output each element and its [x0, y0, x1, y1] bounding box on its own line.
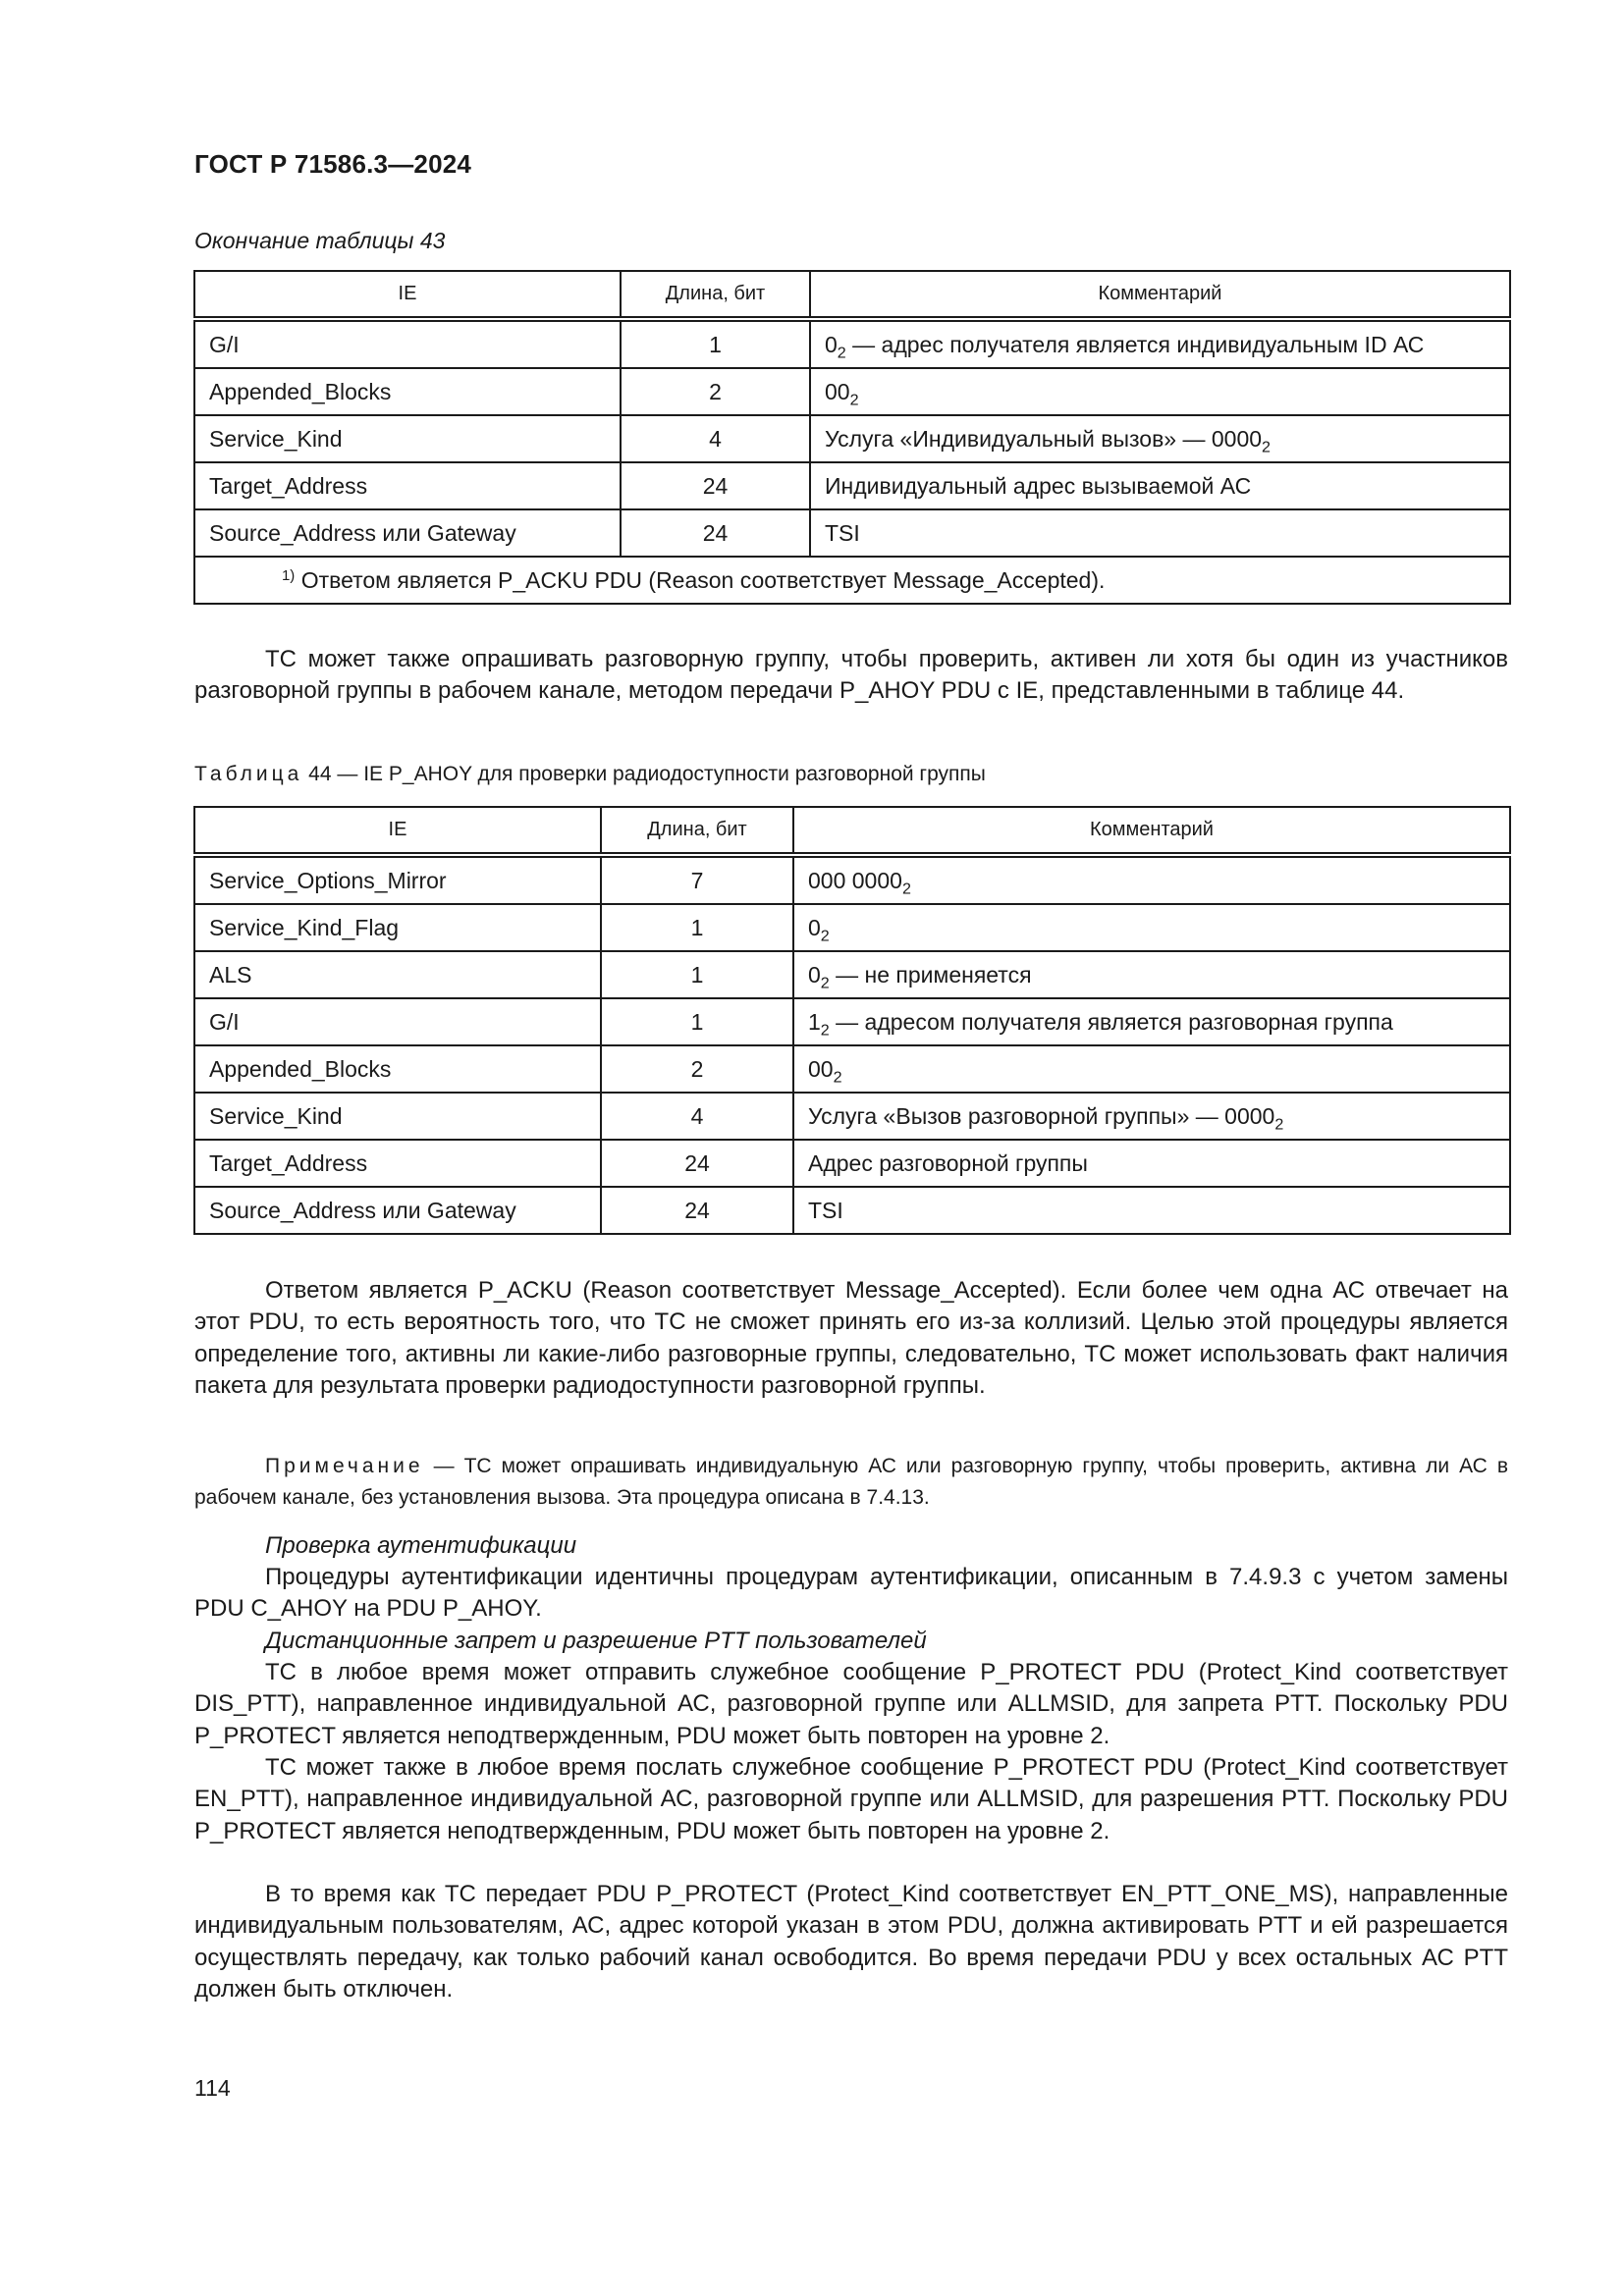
paragraph-auth: Процедуры аутентификации идентичны проце…	[194, 1562, 1508, 1626]
cell-ie: G/I	[194, 998, 601, 1045]
comment-text: Адрес разговорной группы	[808, 1150, 1088, 1176]
comment-text: 0	[808, 915, 821, 940]
cell-comment: 000 00002	[793, 855, 1510, 904]
table-row: G/I102 — адрес получателя является индив…	[194, 319, 1510, 368]
column-header-comment: Комментарий	[810, 271, 1510, 319]
cell-length: 2	[601, 1045, 793, 1093]
cell-comment: 02	[793, 904, 1510, 951]
table-row: G/I112 — адресом получателя является раз…	[194, 998, 1510, 1045]
comment-text: Услуга «Индивидуальный вызов» — 0000	[825, 426, 1262, 452]
cell-ie: Service_Options_Mirror	[194, 855, 601, 904]
cell-ie: Appended_Blocks	[194, 1045, 601, 1093]
table-row: Service_Options_Mirror7000 00002	[194, 855, 1510, 904]
heading-ptt: Дистанционные запрет и разрешение PTT по…	[194, 1626, 1508, 1657]
table-footnote: 1) Ответом является P_ACKU PDU (Reason с…	[194, 557, 1510, 604]
cell-length: 24	[621, 462, 810, 509]
cell-length: 4	[601, 1093, 793, 1140]
binary-subscript: 2	[850, 391, 859, 408]
cell-ie: ALS	[194, 951, 601, 998]
comment-text: Услуга «Вызов разговорной группы» — 0000	[808, 1103, 1274, 1129]
table-row: Service_Kind4Услуга «Индивидуальный вызо…	[194, 415, 1510, 462]
section-heading: Дистанционные запрет и разрешение PTT по…	[265, 1628, 927, 1654]
cell-length: 4	[621, 415, 810, 462]
comment-text: Индивидуальный адрес вызываемой АС	[825, 473, 1251, 499]
table-44: IE Длина, бит Комментарий Service_Option…	[193, 806, 1511, 1235]
cell-comment: 002	[793, 1045, 1510, 1093]
paragraph-text: Ответом является P_ACKU (Reason соответс…	[194, 1277, 1508, 1399]
table-header-row: IE Длина, бит Комментарий	[194, 271, 1510, 319]
table-row: Target_Address24Адрес разговорной группы	[194, 1140, 1510, 1187]
table-row: Service_Kind4Услуга «Вызов разговорной г…	[194, 1093, 1510, 1140]
binary-subscript: 2	[902, 880, 911, 897]
cell-length: 1	[621, 319, 810, 368]
table-header-row: IE Длина, бит Комментарий	[194, 807, 1510, 855]
standard-id-header: ГОСТ Р 71586.3—2024	[194, 149, 471, 180]
comment-text: 00	[825, 379, 850, 404]
cell-length: 24	[601, 1140, 793, 1187]
cell-comment: TSI	[810, 509, 1510, 557]
note: Примечание — ТС может опрашивать индивид…	[194, 1451, 1508, 1514]
paragraph-ptt-one-ms: В то время как ТС передает PDU P_PROTECT…	[194, 1879, 1508, 2005]
cell-ie: Source_Address или Gateway	[194, 509, 621, 557]
cell-length: 7	[601, 855, 793, 904]
table-footnote-row: 1) Ответом является P_ACKU PDU (Reason с…	[194, 557, 1510, 604]
heading-auth: Проверка аутентификации	[194, 1530, 1508, 1562]
paragraph-ptt-disable: ТС в любое время может отправить служебн…	[194, 1657, 1508, 1752]
cell-comment: 02 — адрес получателя является индивидуа…	[810, 319, 1510, 368]
paragraph-ptt-enable: ТС может также в любое время послать слу…	[194, 1752, 1508, 1847]
table-row: ALS102 — не применяется	[194, 951, 1510, 998]
cell-comment: 12 — адресом получателя является разгово…	[793, 998, 1510, 1045]
cell-ie: Source_Address или Gateway	[194, 1187, 601, 1234]
column-header-length: Длина, бит	[621, 271, 810, 319]
column-header-length: Длина, бит	[601, 807, 793, 855]
comment-text-rest: — адресом получателя является разговорна…	[830, 1009, 1393, 1035]
table-row: Appended_Blocks2002	[194, 1045, 1510, 1093]
cell-comment: Адрес разговорной группы	[793, 1140, 1510, 1187]
binary-subscript: 2	[1274, 1115, 1283, 1133]
cell-length: 24	[621, 509, 810, 557]
column-header-comment: Комментарий	[793, 807, 1510, 855]
cell-ie: Target_Address	[194, 1140, 601, 1187]
cell-ie: Service_Kind_Flag	[194, 904, 601, 951]
paragraph-text: В то время как ТС передает PDU P_PROTECT…	[194, 1881, 1508, 2002]
comment-text-rest: — адрес получателя является индивидуальн…	[846, 332, 1425, 357]
table-row: Source_Address или Gateway24TSI	[194, 1187, 1510, 1234]
table-row: Service_Kind_Flag102	[194, 904, 1510, 951]
comment-text: 000 0000	[808, 868, 902, 893]
table-44-caption: Таблица 44 — IE P_AHOY для проверки ради…	[194, 763, 986, 786]
table-continuation-caption: Окончание таблицы 43	[194, 228, 445, 254]
cell-length: 2	[621, 368, 810, 415]
cell-ie: G/I	[194, 319, 621, 368]
cell-length: 1	[601, 951, 793, 998]
paragraph-response: Ответом является P_ACKU (Reason соответс…	[194, 1275, 1508, 1402]
table-row: Source_Address или Gateway24TSI	[194, 509, 1510, 557]
comment-text: TSI	[825, 520, 860, 546]
comment-text-rest: — не применяется	[830, 962, 1032, 988]
cell-comment: Услуга «Вызов разговорной группы» — 0000…	[793, 1093, 1510, 1140]
binary-subscript: 2	[1262, 438, 1271, 455]
paragraph-text: ТС может также опрашивать разговорную гр…	[194, 646, 1508, 704]
cell-length: 1	[601, 998, 793, 1045]
cell-comment: 02 — не применяется	[793, 951, 1510, 998]
comment-text: 00	[808, 1056, 834, 1082]
comment-text: TSI	[808, 1198, 843, 1223]
binary-subscript: 2	[821, 1021, 830, 1039]
table-caption-label: Таблица	[194, 763, 302, 785]
cell-ie: Service_Kind	[194, 1093, 601, 1140]
table-row: Target_Address24Индивидуальный адрес выз…	[194, 462, 1510, 509]
binary-subscript: 2	[821, 974, 830, 991]
cell-ie: Service_Kind	[194, 415, 621, 462]
cell-ie: Appended_Blocks	[194, 368, 621, 415]
page-number: 114	[194, 2075, 231, 2102]
cell-length: 24	[601, 1187, 793, 1234]
cell-comment: Индивидуальный адрес вызываемой АС	[810, 462, 1510, 509]
binary-subscript: 2	[834, 1068, 842, 1086]
binary-subscript: 2	[821, 927, 830, 944]
paragraph-table44-intro: ТС может также опрашивать разговорную гр…	[194, 644, 1508, 708]
cell-comment: Услуга «Индивидуальный вызов» — 00002	[810, 415, 1510, 462]
table-row: Appended_Blocks2002	[194, 368, 1510, 415]
cell-ie: Target_Address	[194, 462, 621, 509]
column-header-ie: IE	[194, 271, 621, 319]
footnote-mark: 1)	[282, 566, 295, 583]
comment-text: 1	[808, 1009, 821, 1035]
section-heading: Проверка аутентификации	[265, 1532, 576, 1559]
cell-comment: TSI	[793, 1187, 1510, 1234]
paragraph-text: ТС может также в любое время послать слу…	[194, 1754, 1508, 1844]
column-header-ie: IE	[194, 807, 601, 855]
paragraph-text: ТС в любое время может отправить служебн…	[194, 1659, 1508, 1749]
footnote-text: Ответом является P_ACKU PDU (Reason соот…	[301, 567, 1106, 593]
cell-length: 1	[601, 904, 793, 951]
cell-comment: 002	[810, 368, 1510, 415]
comment-text: 0	[808, 962, 821, 988]
table-43: IE Длина, бит Комментарий G/I102 — адрес…	[193, 270, 1511, 605]
note-label: Примечание	[265, 1455, 424, 1477]
binary-subscript: 2	[838, 344, 846, 361]
paragraph-text: Процедуры аутентификации идентичны проце…	[194, 1564, 1508, 1622]
table-caption-text: 44 — IE P_AHOY для проверки радиодоступн…	[302, 763, 986, 785]
comment-text: 0	[825, 332, 838, 357]
